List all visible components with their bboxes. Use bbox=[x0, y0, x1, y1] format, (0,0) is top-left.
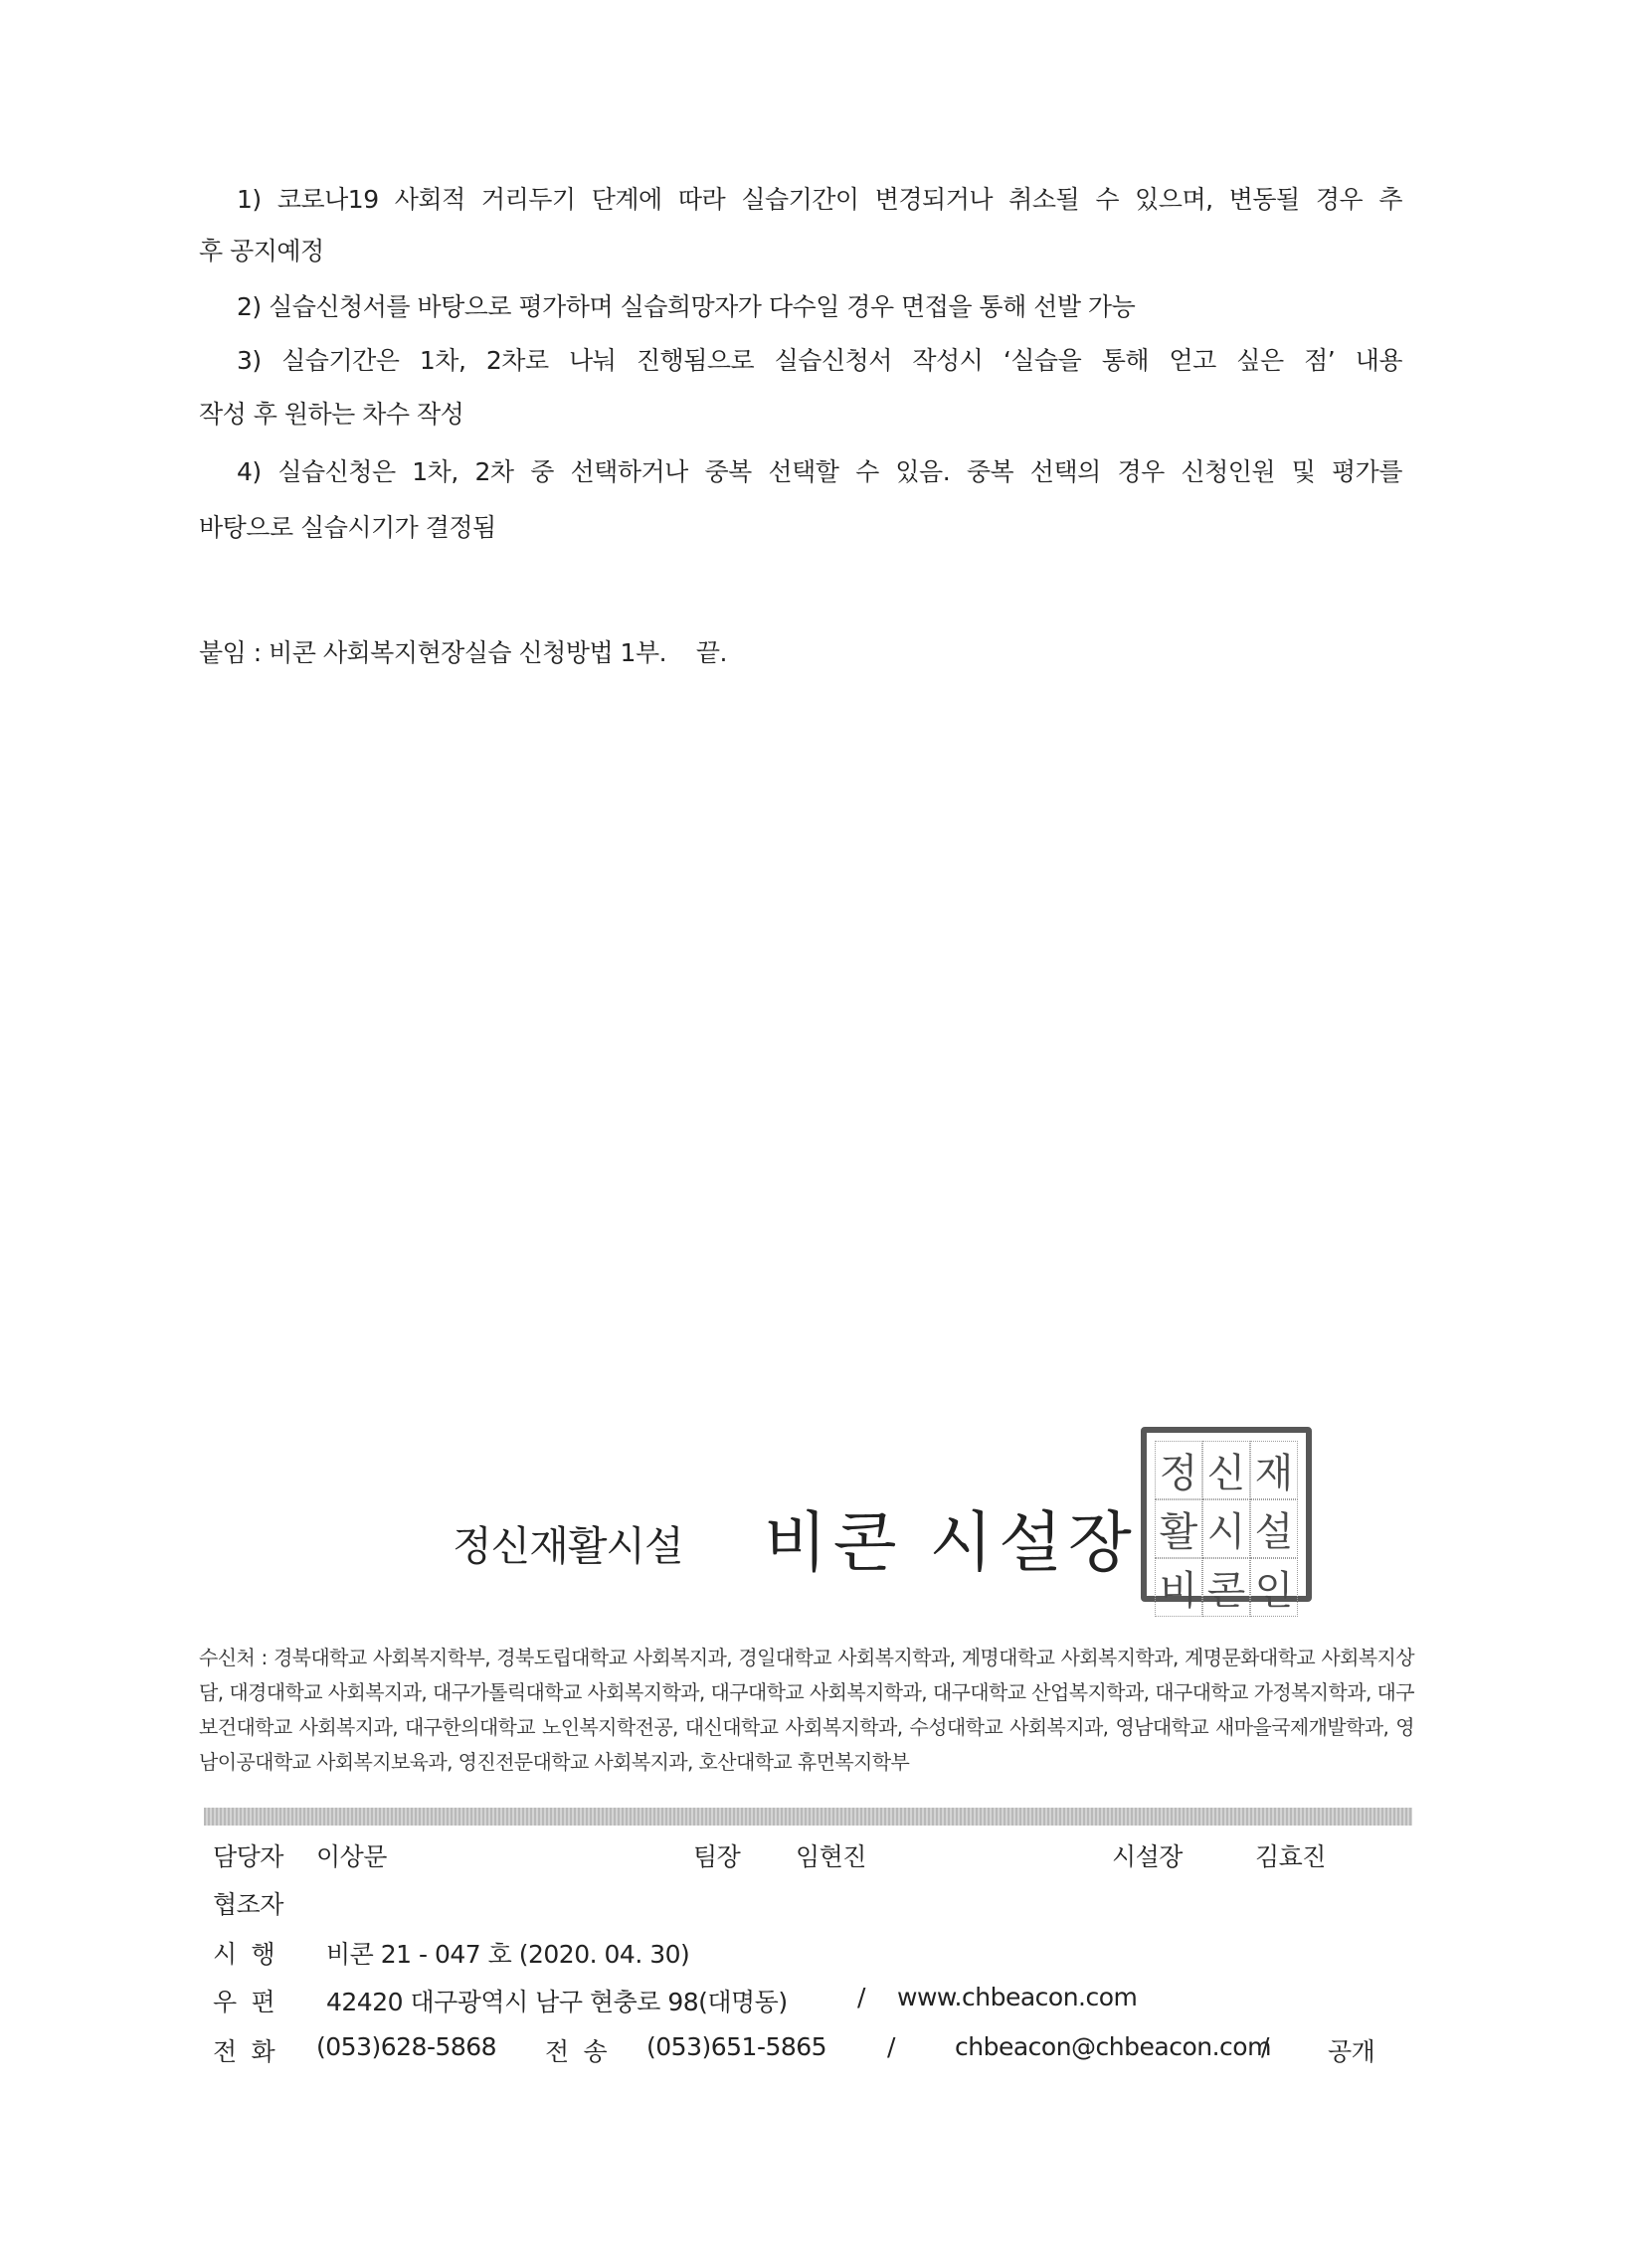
fax-label: 전 송 bbox=[545, 2032, 607, 2068]
divider-bar bbox=[204, 1808, 1412, 1826]
official-seal: 정 신 재 활 시 설 비 콘 인 bbox=[1141, 1427, 1312, 1602]
seal-char: 활 bbox=[1155, 1499, 1202, 1558]
note-4-cont: 바탕으로 실습시기가 결정됨 bbox=[199, 511, 496, 545]
document-page: 1) 코로나19 사회적 거리두기 단계에 따라 실습기간이 변경되거나 취소될… bbox=[0, 0, 1643, 2268]
seal-char: 신 bbox=[1202, 1441, 1250, 1499]
seal-char: 정 bbox=[1155, 1441, 1202, 1499]
phone-number: (053)628-5868 bbox=[316, 2032, 496, 2061]
website-link[interactable]: www.chbeacon.com bbox=[897, 1983, 1137, 2011]
seal-char: 콘 bbox=[1202, 1558, 1250, 1617]
note-2: 2) 실습신청서를 바탕으로 평가하며 실습희망자가 다수일 경우 면접을 통해… bbox=[237, 290, 1135, 324]
seal-char: 비 bbox=[1155, 1558, 1202, 1617]
fax-number: (053)651-5865 bbox=[646, 2032, 826, 2061]
disclosure-status: 공개 bbox=[1328, 2032, 1374, 2068]
separator: / bbox=[857, 1983, 865, 2011]
director-label: 시설장 bbox=[1112, 1837, 1183, 1873]
manager-label: 담당자 bbox=[213, 1837, 283, 1873]
seal-char: 시 bbox=[1202, 1499, 1250, 1558]
note-1-cont: 후 공지예정 bbox=[199, 235, 324, 268]
team-lead-label: 팀장 bbox=[693, 1837, 740, 1873]
email-link[interactable]: chbeacon@chbeacon.com bbox=[955, 2032, 1271, 2061]
note-4: 4) 실습신청은 1차, 2차 중 선택하거나 중복 선택할 수 있음. 중복 … bbox=[237, 455, 1402, 489]
director-name: 김효진 bbox=[1255, 1837, 1326, 1873]
post-label: 우 편 bbox=[213, 1983, 274, 2018]
note-3: 3) 실습기간은 1차, 2차로 나눠 진행됨으로 실습신청서 작성시 ‘실습을… bbox=[237, 344, 1402, 378]
team-lead-name: 임현진 bbox=[796, 1837, 866, 1873]
recipients: 수신처 : 경북대학교 사회복지학부, 경북도립대학교 사회복지과, 경일대학교… bbox=[199, 1641, 1414, 1780]
seal-char: 설 bbox=[1250, 1499, 1298, 1558]
enforce-label: 시 행 bbox=[213, 1935, 274, 1971]
signature-name: 비콘 시설장 bbox=[764, 1489, 1138, 1584]
post-address: 42420 대구광역시 남구 현충로 98(대명동) bbox=[326, 1983, 788, 2018]
seal-char: 재 bbox=[1250, 1441, 1298, 1499]
phone-label: 전 화 bbox=[213, 2032, 274, 2068]
cooperator-label: 협조자 bbox=[213, 1885, 283, 1921]
signature-org: 정신재활시설 bbox=[453, 1513, 683, 1572]
attachment-line: 붙임 : 비콘 사회복지현장실습 신청방법 1부. 끝. bbox=[199, 636, 727, 670]
separator: / bbox=[887, 2032, 895, 2061]
manager-name: 이상문 bbox=[316, 1837, 387, 1873]
note-3-cont: 작성 후 원하는 차수 작성 bbox=[199, 398, 463, 432]
note-1: 1) 코로나19 사회적 거리두기 단계에 따라 실습기간이 변경되거나 취소될… bbox=[237, 183, 1402, 217]
enforce-number: 비콘 21 - 047 호 (2020. 04. 30) bbox=[326, 1935, 689, 1971]
separator: / bbox=[1261, 2032, 1269, 2061]
seal-char: 인 bbox=[1250, 1558, 1298, 1617]
